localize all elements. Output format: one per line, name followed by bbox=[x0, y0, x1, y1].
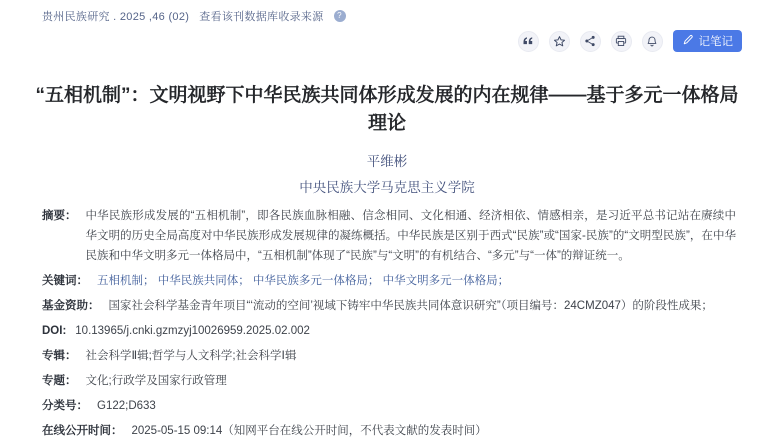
help-icon[interactable]: ? bbox=[334, 10, 346, 22]
article-detail-page: 贵州民族研究 . 2025 ,46 (02) 查看该刊数据库收录来源 ? bbox=[0, 0, 774, 442]
star-icon[interactable] bbox=[549, 31, 570, 52]
classification-value: G122;D633 bbox=[97, 396, 736, 416]
album-row: 专辑： 社会科学Ⅱ辑;哲学与人文科学;社会科学Ⅰ辑 bbox=[42, 346, 736, 366]
take-note-label: 记笔记 bbox=[699, 33, 734, 49]
album-label: 专辑： bbox=[42, 346, 77, 366]
view-source-link[interactable]: 查看该刊数据库收录来源 bbox=[199, 8, 323, 24]
abstract-label: 摘要： bbox=[42, 206, 77, 266]
printer-icon[interactable] bbox=[611, 31, 632, 52]
journal-issue-link[interactable]: 贵州民族研究 . 2025 ,46 (02) bbox=[42, 8, 189, 24]
doi-label: DOI: bbox=[42, 321, 66, 341]
abstract-text: 中华民族形成发展的“五相机制”，即各民族血脉相融、信念相同、文化相通、经济相依、… bbox=[86, 206, 737, 266]
author-link[interactable]: 平维彬 bbox=[367, 154, 408, 169]
affiliation-line: 中央民族大学马克思主义学院 bbox=[0, 176, 774, 196]
album-value: 社会科学Ⅱ辑;哲学与人文科学;社会科学Ⅰ辑 bbox=[86, 346, 737, 366]
topic-value: 文化;行政学及国家行政管理 bbox=[86, 371, 737, 391]
abstract-row: 摘要： 中华民族形成发展的“五相机制”，即各民族血脉相融、信念相同、文化相通、经… bbox=[42, 206, 736, 266]
doi-row: DOI: 10.13965/j.cnki.gzmzyj10026959.2025… bbox=[42, 321, 736, 341]
keywords-row: 关键词： 五相机制； 中华民族共同体； 中华民族多元一体格局； 中华文明多元一体… bbox=[42, 271, 736, 291]
keywords-links[interactable]: 五相机制； 中华民族共同体； 中华民族多元一体格局； 中华文明多元一体格局； bbox=[97, 271, 736, 291]
action-toolbar: 记笔记 bbox=[518, 30, 743, 52]
author-line: 平维彬 bbox=[0, 150, 774, 170]
topic-label: 专题： bbox=[42, 371, 77, 391]
classification-label: 分类号： bbox=[42, 396, 88, 416]
article-title: “五相机制”：文明视野下中华民族共同体形成发展的内在规律——基于多元一体格局理论 bbox=[34, 82, 740, 138]
affiliation-link[interactable]: 中央民族大学马克思主义学院 bbox=[299, 180, 475, 195]
share-icon[interactable] bbox=[580, 31, 601, 52]
take-note-button[interactable]: 记笔记 bbox=[673, 30, 743, 52]
pen-icon bbox=[682, 34, 694, 49]
keywords-label: 关键词： bbox=[42, 271, 88, 291]
funding-label: 基金资助： bbox=[42, 296, 100, 316]
online-date-value: 2025-05-15 09:14（知网平台在线公开时间，不代表文献的发表时间） bbox=[132, 421, 737, 441]
funding-text: 国家社会科学基金青年项目“‘流动的空间’视域下铸牢中华民族共同体意识研究”（项目… bbox=[109, 296, 737, 316]
bell-icon[interactable] bbox=[642, 31, 663, 52]
journal-line: 贵州民族研究 . 2025 ,46 (02) 查看该刊数据库收录来源 ? bbox=[42, 8, 346, 24]
doi-value: 10.13965/j.cnki.gzmzyj10026959.2025.02.0… bbox=[75, 321, 736, 341]
online-date-label: 在线公开时间： bbox=[42, 421, 123, 441]
quote-icon[interactable] bbox=[518, 31, 539, 52]
classification-row: 分类号： G122;D633 bbox=[42, 396, 736, 416]
online-date-row: 在线公开时间： 2025-05-15 09:14（知网平台在线公开时间，不代表文… bbox=[42, 421, 736, 441]
funding-row: 基金资助： 国家社会科学基金青年项目“‘流动的空间’视域下铸牢中华民族共同体意识… bbox=[42, 296, 736, 316]
meta-section: 摘要： 中华民族形成发展的“五相机制”，即各民族血脉相融、信念相同、文化相通、经… bbox=[42, 206, 736, 442]
topic-row: 专题： 文化;行政学及国家行政管理 bbox=[42, 371, 736, 391]
